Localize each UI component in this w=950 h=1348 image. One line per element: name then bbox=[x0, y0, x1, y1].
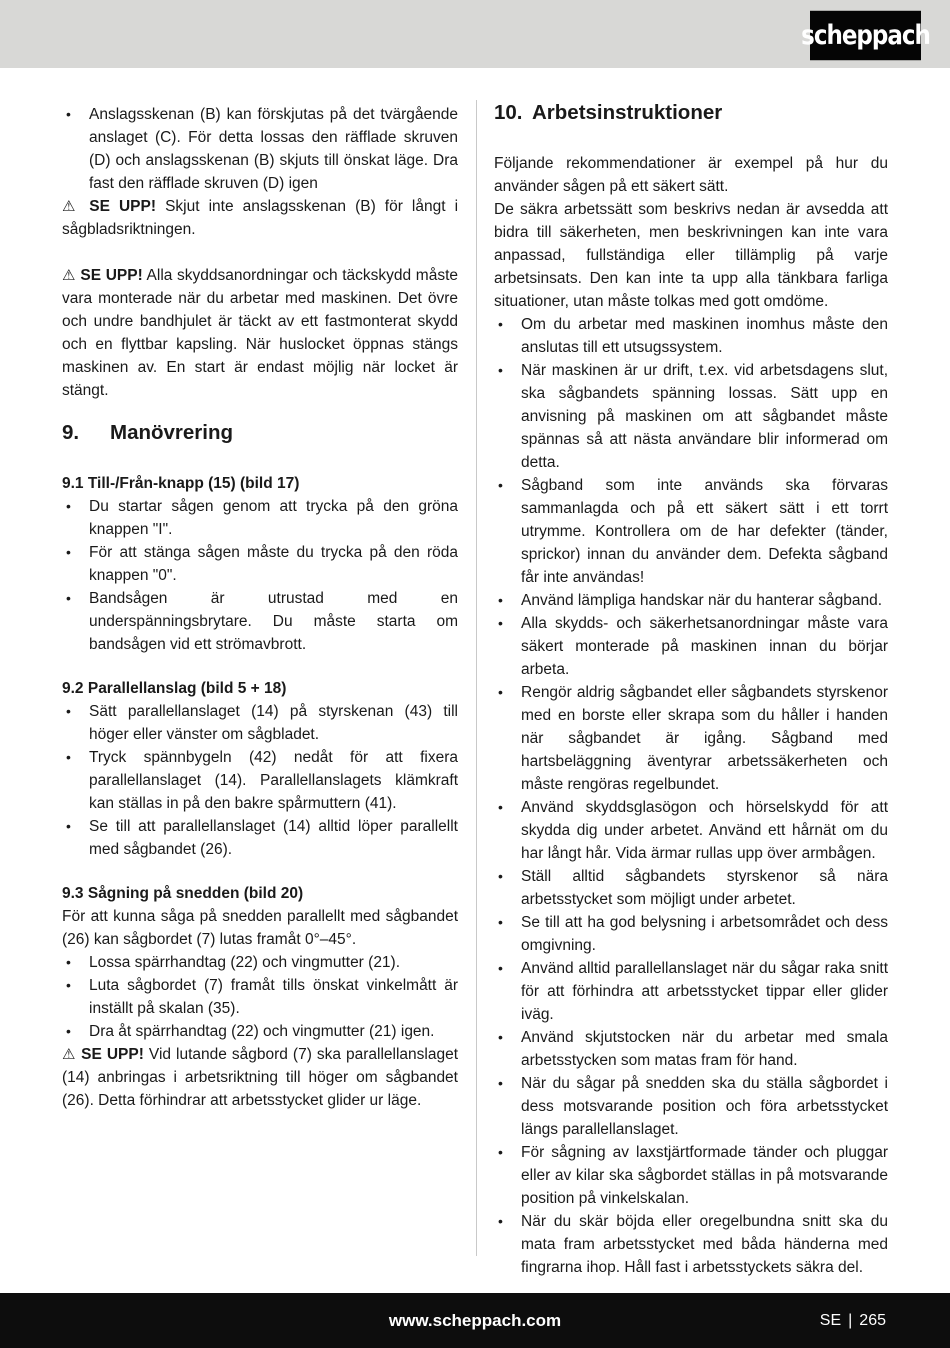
bullet-icon bbox=[494, 359, 521, 474]
bullet-icon bbox=[494, 1141, 521, 1210]
list-item-text: Se till att ha god belysning i arbetsomr… bbox=[521, 911, 888, 957]
list-item-text: Använd alltid parallellanslaget när du s… bbox=[521, 957, 888, 1026]
list-item-text: För sågning av laxstjärtformade tänder o… bbox=[521, 1141, 888, 1210]
warning-note: ⚠ SE UPP! Vid lutande sågbord (7) ska pa… bbox=[62, 1043, 458, 1112]
list-item: Bandsågen är utrustad med en underspänni… bbox=[62, 587, 458, 656]
list-item: Lossa spärrhandtag (22) och vingmutter (… bbox=[62, 951, 458, 974]
bullet-icon bbox=[62, 587, 89, 656]
list-item-text: Dra åt spärrhandtag (22) och vingmutter … bbox=[89, 1020, 458, 1043]
section-title: Arbetsinstruktioner bbox=[532, 100, 722, 126]
list-item-text: Alla skydds- och säkerhetsanordningar må… bbox=[521, 612, 888, 681]
list-item-text: Tryck spännbygeln (42) nedåt för att fix… bbox=[89, 746, 458, 815]
subsection-heading-9-2: 9.2 Parallellanslag (bild 5 + 18) bbox=[62, 677, 458, 700]
section-heading-10: 10. Arbetsinstruktioner bbox=[494, 100, 888, 126]
list-item-text: För att stänga sågen måste du trycka på … bbox=[89, 541, 458, 587]
column-divider bbox=[476, 100, 477, 1256]
list-item-text: Du startar sågen genom att trycka på den… bbox=[89, 495, 458, 541]
bullet-icon bbox=[62, 951, 89, 974]
intro-bullet-list: Anslagsskenan (B) kan förskjutas på det … bbox=[62, 103, 458, 195]
left-column: Anslagsskenan (B) kan förskjutas på det … bbox=[62, 103, 458, 1112]
list-item: Om du arbetar med maskinen inomhus måste… bbox=[494, 313, 888, 359]
bullet-icon bbox=[62, 815, 89, 861]
footer-separator: | bbox=[848, 1312, 852, 1330]
warning-note: ⚠ SE UPP! Skjut inte anslagsskenan (B) f… bbox=[62, 195, 458, 241]
warning-label: SE UPP! bbox=[81, 1046, 144, 1063]
footer-page-number: 265 bbox=[859, 1312, 886, 1330]
list-item: Ställ alltid sågbandets styrskenor så nä… bbox=[494, 865, 888, 911]
warning-icon: ⚠ bbox=[62, 266, 76, 284]
bullet-icon bbox=[494, 612, 521, 681]
list-item-text: Anslagsskenan (B) kan förskjutas på det … bbox=[89, 103, 458, 195]
section-title: Manövrering bbox=[110, 420, 233, 446]
list-item: Använd skjutstocken när du arbetar med s… bbox=[494, 1026, 888, 1072]
list-item: När maskinen är ur drift, t.ex. vid arbe… bbox=[494, 359, 888, 474]
warning-note: ⚠ SE UPP! Alla skyddsanordningar och täc… bbox=[62, 264, 458, 402]
bullet-icon bbox=[494, 957, 521, 1026]
warning-icon: ⚠ bbox=[62, 1045, 76, 1063]
list-item-text: Luta sågbordet (7) framåt tills önskat v… bbox=[89, 974, 458, 1020]
list-item-text: När du sågar på snedden ska du ställa så… bbox=[521, 1072, 888, 1141]
list-item-text: Ställ alltid sågbandets styrskenor så nä… bbox=[521, 865, 888, 911]
list-item: För att stänga sågen måste du trycka på … bbox=[62, 541, 458, 587]
section-number: 10. bbox=[494, 100, 532, 126]
list-item: Rengör aldrig sågbandet eller sågbandets… bbox=[494, 681, 888, 796]
list-item-text: Använd skjutstocken när du arbetar med s… bbox=[521, 1026, 888, 1072]
bullet-icon bbox=[62, 103, 89, 195]
right-column: 10. Arbetsinstruktioner Följande rekomme… bbox=[494, 100, 888, 1279]
list-item: När du skär böjda eller oregelbundna sni… bbox=[494, 1210, 888, 1279]
page-footer: www.scheppach.com SE | 265 bbox=[0, 1293, 950, 1348]
list-item-text: När du skär böjda eller oregelbundna sni… bbox=[521, 1210, 888, 1279]
section-intro: Följande rekommendationer är exempel på … bbox=[494, 152, 888, 198]
list-item: Tryck spännbygeln (42) nedåt för att fix… bbox=[62, 746, 458, 815]
footer-page-reference: SE | 265 bbox=[820, 1312, 886, 1330]
bullet-icon bbox=[494, 1026, 521, 1072]
bullet-icon bbox=[494, 589, 521, 612]
list-item: Sätt parallellanslaget (14) på styrskena… bbox=[62, 700, 458, 746]
bullet-icon bbox=[62, 746, 89, 815]
bullet-icon bbox=[62, 1020, 89, 1043]
list-item: Se till att parallellanslaget (14) allti… bbox=[62, 815, 458, 861]
list-item-text: Se till att parallellanslaget (14) allti… bbox=[89, 815, 458, 861]
bullet-icon bbox=[62, 495, 89, 541]
work-instructions-list: Om du arbetar med maskinen inomhus måste… bbox=[494, 313, 888, 1279]
list-item-text: Sågband som inte används ska förvaras sa… bbox=[521, 474, 888, 589]
list-item: Använd skyddsglasögon och hörselskydd fö… bbox=[494, 796, 888, 865]
bullet-icon bbox=[494, 865, 521, 911]
section-intro: De säkra arbetssätt som beskrivs nedan ä… bbox=[494, 198, 888, 313]
bullet-icon bbox=[494, 681, 521, 796]
page-header: scheppach bbox=[0, 0, 950, 68]
list-item: Dra åt spärrhandtag (22) och vingmutter … bbox=[62, 1020, 458, 1043]
section-heading-9: 9. Manövrering bbox=[62, 420, 458, 446]
warning-text: Alla skyddsanordningar och täckskydd mås… bbox=[62, 267, 458, 399]
list-item: För sågning av laxstjärtformade tänder o… bbox=[494, 1141, 888, 1210]
list-item: När du sågar på snedden ska du ställa så… bbox=[494, 1072, 888, 1141]
list-item-text: När maskinen är ur drift, t.ex. vid arbe… bbox=[521, 359, 888, 474]
list-item-text: Använd skyddsglasögon och hörselskydd fö… bbox=[521, 796, 888, 865]
footer-website: www.scheppach.com bbox=[0, 1311, 950, 1331]
list-item: Se till att ha god belysning i arbetsomr… bbox=[494, 911, 888, 957]
bullet-icon bbox=[62, 541, 89, 587]
manual-page: scheppach Anslagsskenan (B) kan förskjut… bbox=[0, 0, 950, 1348]
bullet-icon bbox=[62, 974, 89, 1020]
list-item: Luta sågbordet (7) framåt tills önskat v… bbox=[62, 974, 458, 1020]
list-item: Använd alltid parallellanslaget när du s… bbox=[494, 957, 888, 1026]
list-item: Du startar sågen genom att trycka på den… bbox=[62, 495, 458, 541]
list-item-text: Använd lämpliga handskar när du hanterar… bbox=[521, 589, 888, 612]
warning-label: SE UPP! bbox=[89, 198, 156, 215]
bullet-icon bbox=[494, 911, 521, 957]
list-item: Alla skydds- och säkerhetsanordningar må… bbox=[494, 612, 888, 681]
list-item: Sågband som inte används ska förvaras sa… bbox=[494, 474, 888, 589]
list-item: Anslagsskenan (B) kan förskjutas på det … bbox=[62, 103, 458, 195]
bullet-list-9-2: Sätt parallellanslaget (14) på styrskena… bbox=[62, 700, 458, 861]
subsection-heading-9-1: 9.1 Till-/Från-knapp (15) (bild 17) bbox=[62, 472, 458, 495]
bullet-icon bbox=[494, 474, 521, 589]
list-item-text: Om du arbetar med maskinen inomhus måste… bbox=[521, 313, 888, 359]
bullet-list-9-1: Du startar sågen genom att trycka på den… bbox=[62, 495, 458, 656]
bullet-icon bbox=[62, 700, 89, 746]
section-number: 9. bbox=[62, 420, 110, 446]
list-item-text: Rengör aldrig sågbandet eller sågbandets… bbox=[521, 681, 888, 796]
bullet-icon bbox=[494, 796, 521, 865]
bullet-icon bbox=[494, 1072, 521, 1141]
subsection-intro: För att kunna såga på snedden parallellt… bbox=[62, 905, 458, 951]
list-item-text: Lossa spärrhandtag (22) och vingmutter (… bbox=[89, 951, 458, 974]
warning-label: SE UPP! bbox=[80, 267, 142, 284]
list-item-text: Bandsågen är utrustad med en underspänni… bbox=[89, 587, 458, 656]
footer-language-code: SE bbox=[820, 1312, 841, 1330]
warning-icon: ⚠ bbox=[62, 197, 80, 215]
bullet-icon bbox=[494, 313, 521, 359]
scheppach-logo: scheppach bbox=[810, 11, 921, 60]
bullet-icon bbox=[494, 1210, 521, 1279]
list-item-text: Sätt parallellanslaget (14) på styrskena… bbox=[89, 700, 458, 746]
subsection-heading-9-3: 9.3 Sågning på snedden (bild 20) bbox=[62, 882, 458, 905]
bullet-list-9-3: Lossa spärrhandtag (22) och vingmutter (… bbox=[62, 951, 458, 1043]
list-item: Använd lämpliga handskar när du hanterar… bbox=[494, 589, 888, 612]
